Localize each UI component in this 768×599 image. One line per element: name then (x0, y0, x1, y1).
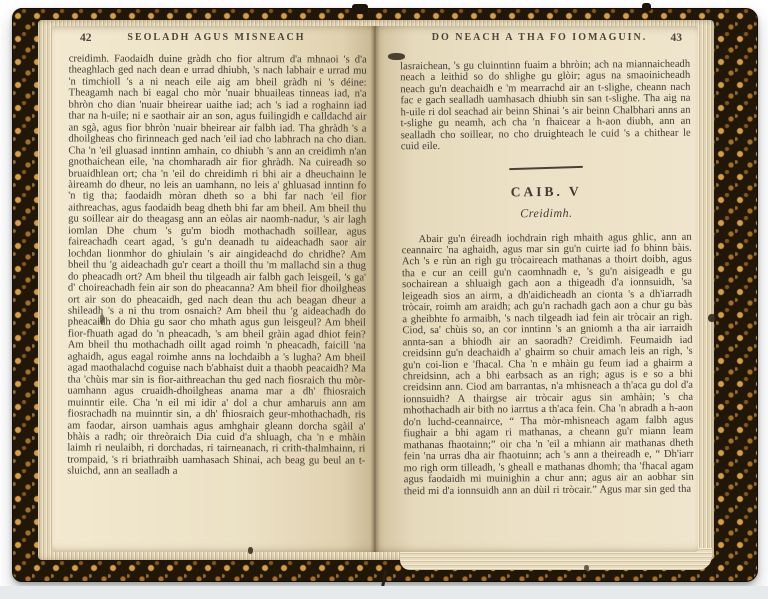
ink-smudge (100, 314, 104, 324)
open-pages: 42 SEOLADH AGUS MISNEACH creidimh. Faoda… (52, 26, 698, 552)
left-page-text-column: creidimh. Faodaidh duine gràdh cho fior … (67, 53, 366, 478)
ink-smudge (388, 53, 405, 60)
chapter-subtitle: Creidimh. (401, 207, 691, 221)
right-page-body-bottom: Abair gu'n éireadh iochdrain righ mhaith… (402, 231, 694, 497)
section-divider-rule (509, 166, 583, 170)
right-page-number: 43 (671, 32, 683, 44)
ink-smudge (708, 314, 716, 322)
left-page: 42 SEOLADH AGUS MISNEACH creidimh. Faoda… (52, 26, 375, 552)
right-running-title: DO NEACH A THA FO IOMAGUIN. (391, 32, 688, 43)
right-page-body-top: lasraichean, 's gu cluinntinn fuaim a bh… (400, 59, 691, 153)
open-book: 42 SEOLADH AGUS MISNEACH creidimh. Faoda… (12, 8, 758, 582)
left-page-body-text: creidimh. Faodaidh duine gràdh cho fior … (67, 53, 366, 478)
left-running-title: SEOLADH AGUS MISNEACH (68, 32, 365, 43)
chapter-heading: CAIB. V (401, 184, 691, 198)
right-page: DO NEACH A THA FO IOMAGUIN. 43 lasraiche… (375, 26, 698, 552)
left-page-header: 42 SEOLADH AGUS MISNEACH (68, 32, 365, 46)
book-gutter (370, 26, 380, 552)
binding-mark-top-right (642, 3, 651, 11)
table-surface (0, 586, 768, 599)
right-page-text-column: lasraichean, 's gu cluinntinn fuaim a bh… (400, 59, 694, 497)
ink-smudge (584, 565, 589, 571)
binding-mark-top (352, 4, 368, 14)
right-page-header: DO NEACH A THA FO IOMAGUIN. 43 (391, 32, 688, 46)
left-page-number: 42 (80, 32, 92, 44)
ink-smudge (248, 547, 253, 554)
